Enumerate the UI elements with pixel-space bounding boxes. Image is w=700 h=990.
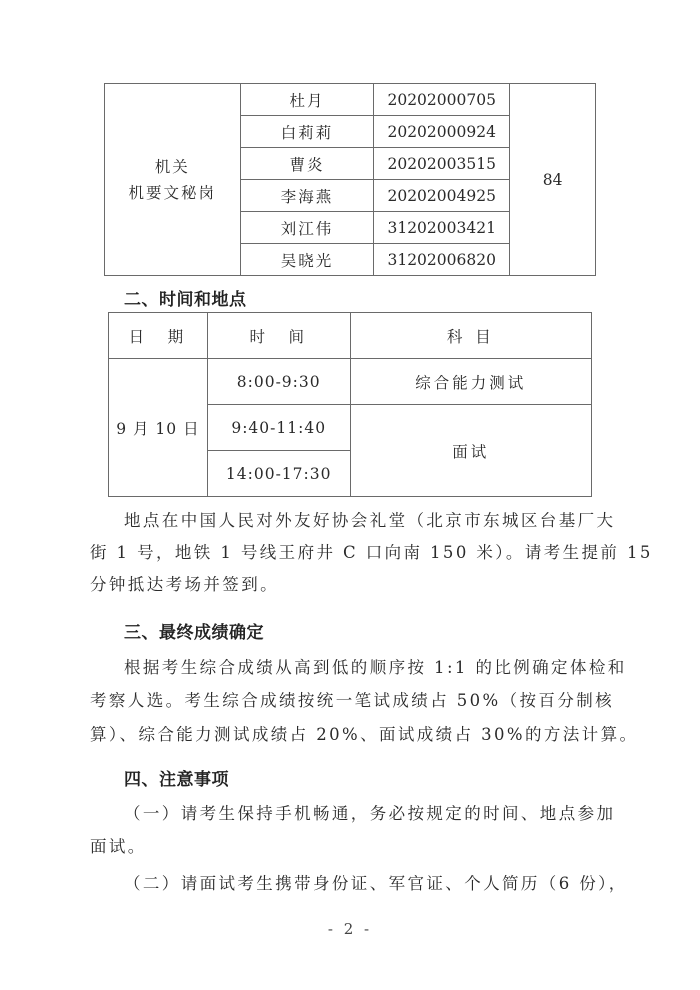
candidate-name: 白莉莉 — [240, 116, 374, 148]
time-cell: 9:40-11:40 — [207, 405, 350, 451]
candidate-id: 20202000924 — [374, 116, 510, 148]
score-line-1: 根据考生综合成绩从高到低的顺序按 1:1 的比例确定体检和 — [124, 652, 627, 684]
schedule-table: 日 期 时 间 科 目 9 月 10 日 8:00-9:30 综合能力测试 9:… — [108, 312, 592, 497]
position-line2: 机要文秘岗 — [105, 180, 240, 206]
subject-cell: 综合能力测试 — [350, 359, 591, 405]
score-line-2: 考察人选。考生综合成绩按统一笔试成绩占 50%（按百分制核 — [90, 685, 614, 717]
table-header-row: 日 期 时 间 科 目 — [109, 313, 592, 359]
table-row: 机关 机要文秘岗 杜月 20202000705 84 — [105, 84, 596, 116]
candidate-name: 杜月 — [240, 84, 374, 116]
section-heading-final-score: 三、最终成绩确定 — [124, 618, 264, 643]
header-subject: 科 目 — [350, 313, 591, 359]
table-row: 9 月 10 日 8:00-9:30 综合能力测试 — [109, 359, 592, 405]
location-line-1: 地点在中国人民对外友好协会礼堂（北京市东城区台基厂大 — [124, 505, 615, 537]
location-line-3: 分钟抵达考场并签到。 — [90, 569, 279, 601]
location-line-2: 街 1 号，地铁 1 号线王府井 C 口向南 150 米）。请考生提前 15 — [90, 537, 653, 569]
candidate-table: 机关 机要文秘岗 杜月 20202000705 84 白莉莉 202020009… — [104, 83, 596, 276]
date-cell: 9 月 10 日 — [109, 359, 208, 497]
note1-line-1: （一）请考生保持手机畅通，务必按规定的时间、地点参加 — [124, 798, 615, 830]
candidate-id: 20202003515 — [374, 148, 510, 180]
section-heading-notes: 四、注意事项 — [124, 765, 229, 790]
section-heading-time-location: 二、时间和地点 — [124, 285, 247, 310]
candidate-name: 曹炎 — [240, 148, 374, 180]
subject-cell: 面试 — [350, 405, 591, 497]
header-date: 日 期 — [109, 313, 208, 359]
time-cell: 14:00-17:30 — [207, 451, 350, 497]
candidate-id: 31202003421 — [374, 212, 510, 244]
score-cell: 84 — [510, 84, 596, 276]
page-number: - 2 - — [0, 920, 700, 938]
position-line1: 机关 — [105, 154, 240, 180]
note1-line-2: 面试。 — [90, 831, 147, 863]
candidate-name: 吴晓光 — [240, 244, 374, 276]
time-cell: 8:00-9:30 — [207, 359, 350, 405]
candidate-name: 李海燕 — [240, 180, 374, 212]
candidate-id: 20202000705 — [374, 84, 510, 116]
header-time: 时 间 — [207, 313, 350, 359]
candidate-id: 20202004925 — [374, 180, 510, 212]
candidate-name: 刘江伟 — [240, 212, 374, 244]
score-line-3: 算）、综合能力测试成绩占 20%、面试成绩占 30%的方法计算。 — [90, 719, 638, 751]
position-cell: 机关 机要文秘岗 — [105, 84, 241, 276]
candidate-id: 31202006820 — [374, 244, 510, 276]
note2-line-1: （二）请面试考生携带身份证、军官证、个人简历（6 份）， — [124, 868, 628, 900]
